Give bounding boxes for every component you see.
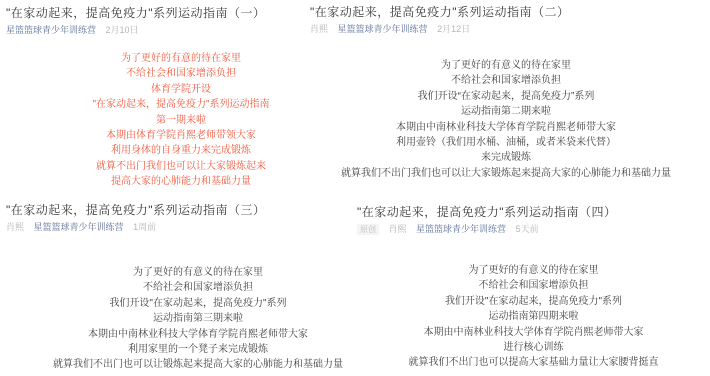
account-link[interactable]: 星篮篮球青少年训练营 [34,222,124,232]
post-time: 5天前 [516,224,539,234]
body-line: 就算我们不出门我们也可以让大家锻炼起来提高大家的心肺能力和基础力量 [310,166,702,181]
body-line: 就算我们不出门也可以让锻炼起来提高大家的心肺能力和基础力量 [6,357,390,372]
body-line: 本期由中南林业科技大学体育学院肖熙老师带大家 [357,325,710,340]
body-line: 进行核心训练 [357,340,710,355]
original-badge: 原创 [357,224,379,235]
author-label: 肖熙 [389,224,407,234]
body-line: 为了更好的有意义的待在家里 [6,265,390,280]
post-body: 为了更好的有意义的待在家里 不给社会和国家增添负担 我们开设"在家动起来，提高免… [357,263,710,371]
author-label: 肖熙 [310,24,328,34]
article-search-results: "在家动起来，提高免疫力"系列运动指南（一） 星篮篮球青少年训练营 2月10日 … [0,0,710,376]
body-line: 为了更好的有意义的待在家里 [357,263,710,278]
post-body: 为了更好的有意义的待在家里 不给社会和国家增添负担 我们开设"在家动起来，提高免… [6,265,390,373]
post-card-2[interactable]: "在家动起来，提高免疫力"系列运动指南（二） 肖熙 星篮篮球青少年训练营 2月1… [310,4,702,181]
body-line: 利用壶铃（我们用水桶、油桶，或者米袋来代替） [310,135,702,150]
author-label: 肖熙 [6,222,24,232]
body-line: 利用身体的自身重力来完成锻炼 [6,143,356,158]
post-meta: 肖熙 星篮篮球青少年训练营 1周前 [6,221,390,234]
body-line: 体育学院开设 [6,82,356,97]
account-link[interactable]: 星篮篮球青少年训练营 [338,24,428,34]
body-line: 运动指南第四期来啦 [357,309,710,324]
post-time: 2月12日 [437,24,470,34]
body-line: 本期由体育学院肖熙老师带领大家 [6,128,356,143]
body-line: 本期由中南林业科技大学体育学院肖熙老师带大家 [6,327,390,342]
body-line: 运动指南第二期来啦 [310,104,702,119]
body-line: 就算我们不出门也可以提高大家基础力量让大家腰背挺直 [357,355,710,370]
post-meta: 原创 肖熙 星篮篮球青少年训练营 5天前 [357,223,710,236]
body-line: 不给社会和国家增添负担 [6,280,390,295]
body-line: 不给社会和国家增添负担 [6,66,356,81]
body-line: 利用家里的一个凳子来完成锻炼 [6,342,390,357]
body-line: 本期由中南林业科技大学体育学院肖熙老师带大家 [310,120,702,135]
post-card-1[interactable]: "在家动起来，提高免疫力"系列运动指南（一） 星篮篮球青少年训练营 2月10日 … [6,5,356,190]
body-line: 来完成锻炼 [310,150,702,165]
post-time: 2月10日 [106,25,139,35]
account-link[interactable]: 星篮篮球青少年训练营 [416,224,506,234]
post-title[interactable]: "在家动起来，提高免疫力"系列运动指南（一） [6,5,356,21]
body-line: 不给社会和国家增添负担 [310,73,702,88]
post-body: 为了更好的有意义的待在家里 不给社会和国家增添负担 我们开设“在家动起来，提高免… [310,58,702,181]
body-line: "在家动起来，提高免疫力"系列运动指南 [6,97,356,112]
account-link[interactable]: 星篮篮球青少年训练营 [6,25,96,35]
body-line: 第一期来啦 [6,113,356,128]
post-title[interactable]: "在家动起来，提高免疫力"系列运动指南（四） [357,204,710,220]
post-meta: 星篮篮球青少年训练营 2月10日 [6,24,356,37]
post-body: 为了更好的有意的待在家里 不给社会和国家增添负担 体育学院开设 "在家动起来，提… [6,51,356,190]
body-line: 提高大家的心肺能力和基础力量 [6,174,356,189]
body-line: 不给社会和国家增添负担 [357,278,710,293]
post-title[interactable]: "在家动起来，提高免疫力"系列运动指南（二） [310,4,702,20]
post-title[interactable]: "在家动起来，提高免疫力"系列运动指南（三） [6,202,390,218]
post-card-4[interactable]: "在家动起来，提高免疫力"系列运动指南（四） 原创 肖熙 星篮篮球青少年训练营 … [357,204,710,371]
body-line: 为了更好的有意的待在家里 [6,51,356,66]
body-line: 我们开设"在家动起来，提高免疫力"系列 [357,294,710,309]
body-line: 就算不出门我们也可以让大家锻炼起来 [6,159,356,174]
post-time: 1周前 [133,222,156,232]
body-line: 为了更好的有意义的待在家里 [310,58,702,73]
body-line: 我们开设“在家动起来，提高免疫力”系列 [310,89,702,104]
post-meta: 肖熙 星篮篮球青少年训练营 2月12日 [310,23,702,36]
body-line: 我们开设"在家动起来，提高免疫力"系列 [6,296,390,311]
body-line: 运动指南第三期来啦 [6,311,390,326]
post-card-3[interactable]: "在家动起来，提高免疫力"系列运动指南（三） 肖熙 星篮篮球青少年训练营 1周前… [6,202,390,373]
